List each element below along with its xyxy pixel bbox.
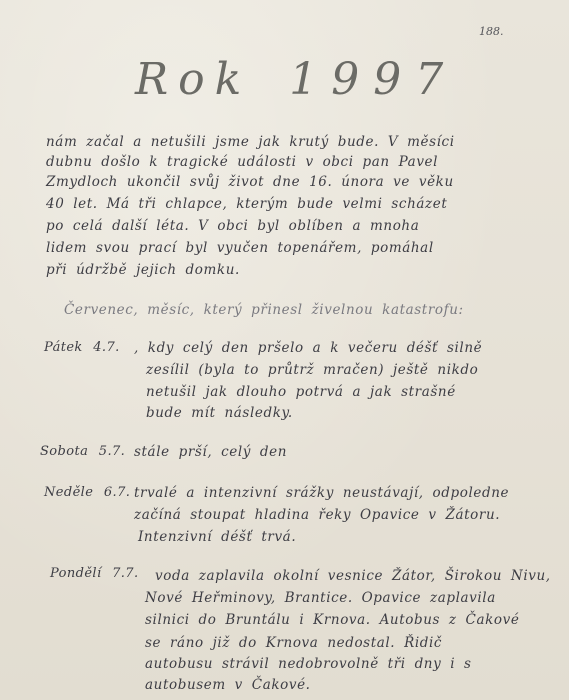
page-number: 188. bbox=[479, 25, 504, 38]
title-word: Rok bbox=[135, 54, 251, 105]
text-line: trvalé a intenzivní srážky neustávají, o… bbox=[134, 485, 509, 501]
text-line: silnici do Bruntálu i Krnova. Autobus z … bbox=[145, 612, 519, 628]
text-line: nám začal a netušili jsme jak krutý bude… bbox=[46, 134, 455, 150]
text-line: stále prší, celý den bbox=[134, 444, 287, 460]
entry-date: Pondělí 7.7. bbox=[50, 566, 139, 581]
text-line: autobusu strávil nedobrovolně tři dny i … bbox=[145, 656, 472, 672]
text-line: autobusem v Čakové. bbox=[145, 677, 311, 693]
page-title: Rok1997 bbox=[135, 54, 457, 105]
section-heading-july: Červenec, měsíc, který přinesl živelnou … bbox=[64, 302, 464, 318]
text-line: začíná stoupat hladina řeky Opavice v Žá… bbox=[134, 507, 500, 523]
text-line: se ráno již do Krnova nedostal. Řidič bbox=[145, 635, 442, 651]
entry-date: Neděle 6.7. bbox=[44, 485, 130, 500]
text-line: Nové Heřminovy, Brantice. Opavice zaplav… bbox=[145, 590, 496, 606]
text-line: netušil jak dlouho potrvá a jak strašné bbox=[146, 384, 456, 400]
text-line: , kdy celý den pršelo a k večeru déšť si… bbox=[134, 340, 482, 356]
text-line: při údržbě jejich domku. bbox=[46, 262, 240, 278]
text-line: lidem svou prací byl vyučen topenářem, p… bbox=[46, 240, 434, 256]
text-line: Zmydloch ukončil svůj život dne 16. únor… bbox=[46, 174, 454, 190]
text-line: voda zaplavila okolní vesnice Žátor, Šir… bbox=[155, 568, 551, 584]
text-line: zesílil (byla to průtrž mračen) ještě ni… bbox=[146, 362, 478, 378]
text-line: dubnu došlo k tragické události v obci p… bbox=[46, 154, 438, 170]
text-line: po celá další léta. V obci byl oblíben a… bbox=[46, 218, 419, 234]
title-year: 1997 bbox=[289, 54, 457, 105]
entry-date: Pátek 4.7. bbox=[44, 340, 120, 355]
text-line: 40 let. Má tři chlapce, kterým bude velm… bbox=[46, 196, 447, 212]
text-line: bude mít následky. bbox=[146, 405, 293, 421]
entry-date: Sobota 5.7. bbox=[40, 444, 125, 459]
text-line: Intenzivní déšť trvá. bbox=[138, 529, 296, 545]
